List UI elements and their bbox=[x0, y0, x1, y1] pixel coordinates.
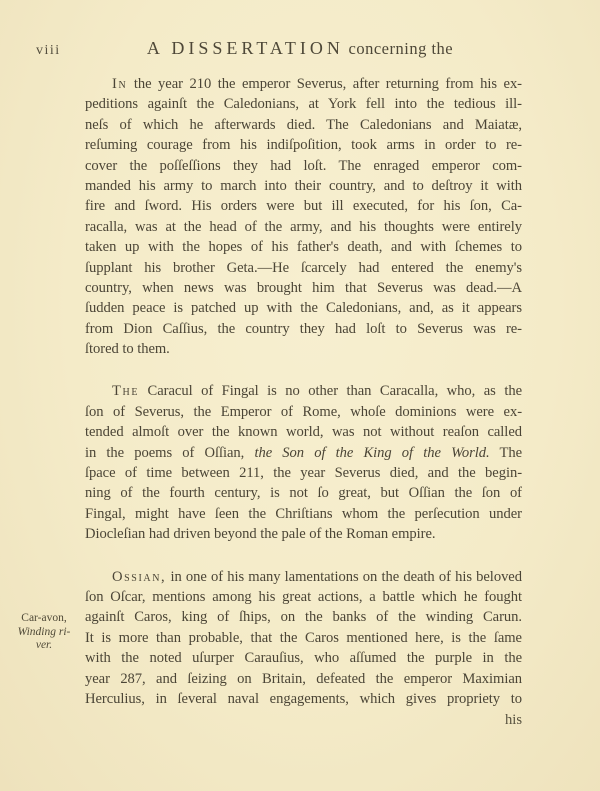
running-header: viii A DISSERTATION concerning the bbox=[0, 38, 600, 62]
running-title-caps: A DISSERTATION bbox=[147, 38, 344, 58]
catchword: his bbox=[85, 710, 522, 730]
body-text: In the year 210 the emperor Severus, aft… bbox=[85, 74, 522, 731]
margin-note-line: Winding ri- bbox=[6, 626, 82, 640]
book-page: viii A DISSERTATION concerning the In th… bbox=[0, 0, 600, 791]
paragraph: In the year 210 the emperor Severus, aft… bbox=[85, 74, 522, 359]
paragraph: Ossian, in one of his many lamentations … bbox=[85, 567, 522, 710]
running-title: A DISSERTATION concerning the bbox=[0, 38, 600, 59]
page-number: viii bbox=[36, 43, 61, 59]
paragraph: The Caracul of Fingal is no other than C… bbox=[85, 381, 522, 544]
margin-note-line: ver. bbox=[6, 639, 82, 653]
margin-note-line: Car-avon, bbox=[6, 612, 82, 626]
margin-note: Car-avon, Winding ri- ver. bbox=[6, 612, 82, 653]
running-title-rest: concerning the bbox=[344, 39, 453, 58]
